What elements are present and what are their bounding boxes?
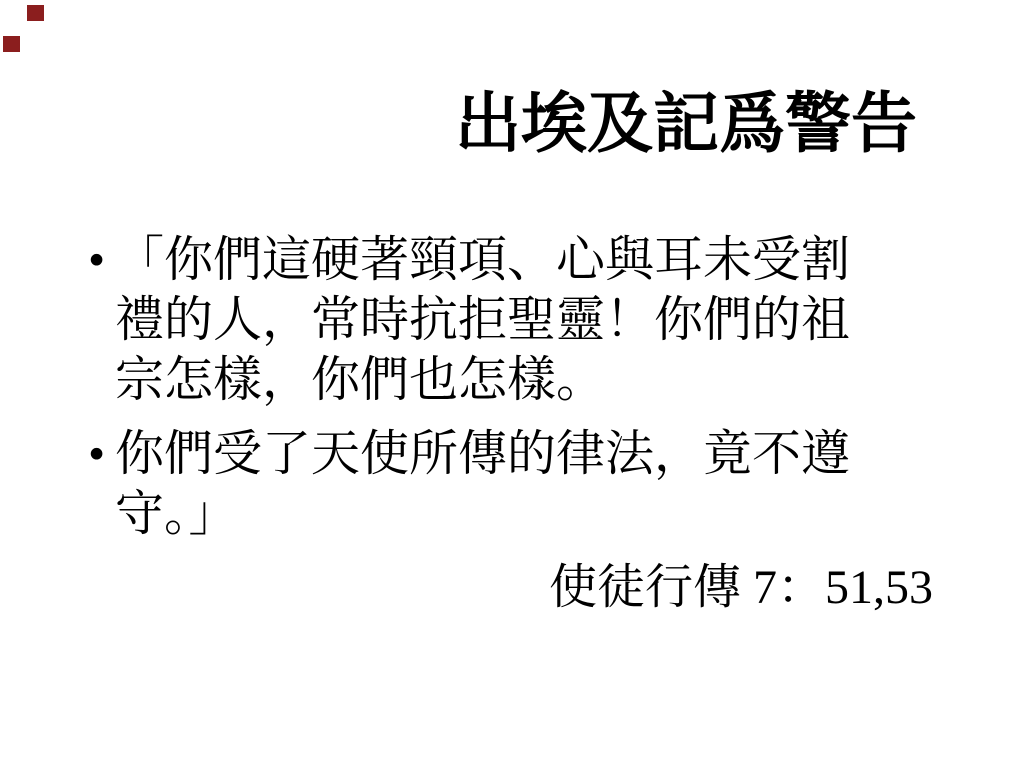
bullet-1-line-1: 「你們這硬著頸項、心與耳未受割 <box>115 230 933 290</box>
bullet-2-line-2: 守。」 <box>115 484 933 544</box>
bullet-icon: • <box>88 424 105 484</box>
slide-title: 出埃及記爲警告 <box>0 86 917 162</box>
bullet-2-line-1: 你們受了天使所傳的律法，竟不遵 <box>115 424 933 484</box>
bullet-1-line-2: 禮的人，常時抗拒聖靈！你們的祖 <box>115 290 933 350</box>
scripture-reference: 使徒行傳 7：51,53 <box>88 558 933 618</box>
bullet-1-line-3: 宗怎樣，你們也怎樣。 <box>115 350 933 410</box>
slide-body: • 「你們這硬著頸項、心與耳未受割 禮的人，常時抗拒聖靈！你們的祖 宗怎樣，你們… <box>88 230 933 618</box>
bullet-icon: • <box>88 230 105 290</box>
corner-decoration-square-lower <box>3 36 20 52</box>
bullet-item-1: • 「你們這硬著頸項、心與耳未受割 禮的人，常時抗拒聖靈！你們的祖 宗怎樣，你們… <box>88 230 933 410</box>
bullet-item-2: • 你們受了天使所傳的律法，竟不遵 守。」 <box>88 424 933 544</box>
corner-decoration-square-upper <box>27 5 44 21</box>
presentation-slide: 出埃及記爲警告 • 「你們這硬著頸項、心與耳未受割 禮的人，常時抗拒聖靈！你們的… <box>0 0 1024 768</box>
